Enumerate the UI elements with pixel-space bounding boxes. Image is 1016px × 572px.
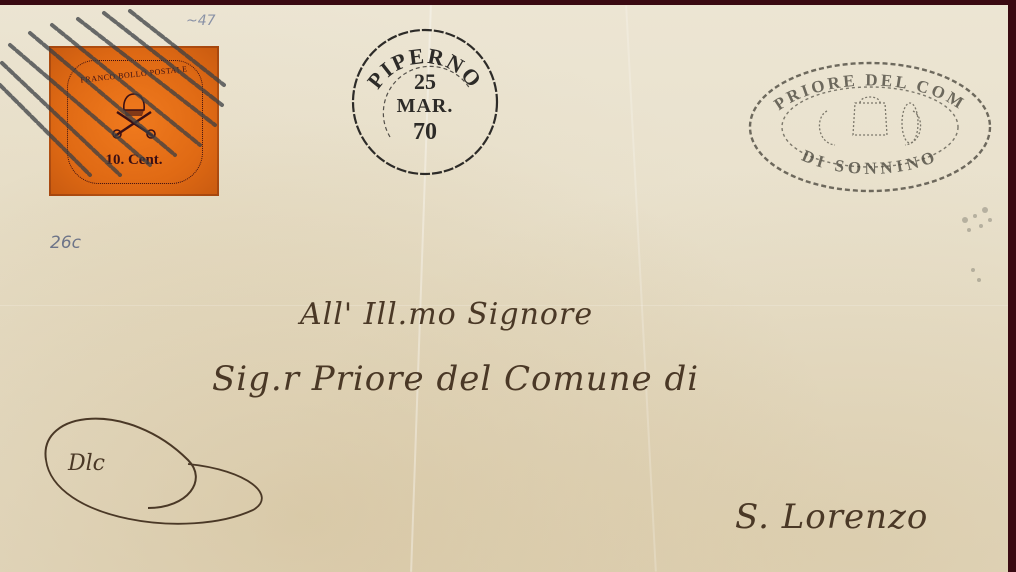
pencil-catalog-number: 26c: [50, 233, 81, 253]
signature-initials: Dlc: [67, 451, 105, 476]
postmark-year: 70: [350, 119, 500, 146]
oval-cachet: PRIORE DEL COM DI SONNINO: [745, 57, 995, 197]
cachet-bottom-text: DI SONNINO: [799, 146, 941, 178]
paper-crease: [625, 5, 657, 571]
postal-cover: ~47 26c FRANCO BOLLO POSTALE 10. Cent.: [0, 5, 1008, 572]
svg-text:PRIORE DEL COM: PRIORE DEL COM: [770, 70, 969, 114]
svg-text:DI SONNINO: DI SONNINO: [799, 146, 941, 178]
cachet-top-text: PRIORE DEL COM: [770, 70, 969, 114]
address-line-1: All' Ill.mo Signore: [300, 297, 593, 332]
ink-smudge: [945, 190, 1005, 300]
postmark-month: MAR.: [350, 95, 500, 118]
postmark-day: 25: [350, 69, 500, 95]
signature-flourish: Dlc: [38, 400, 268, 535]
tiara-keys-icon: [819, 97, 920, 145]
address-line-2: Sig.r Priore del Comune di: [212, 359, 699, 399]
grid-cancellation: [0, 5, 260, 215]
address-line-3: S. Lorenzo: [735, 497, 928, 537]
circular-datestamp: PIPERNO 25 MAR. 70: [350, 27, 500, 177]
